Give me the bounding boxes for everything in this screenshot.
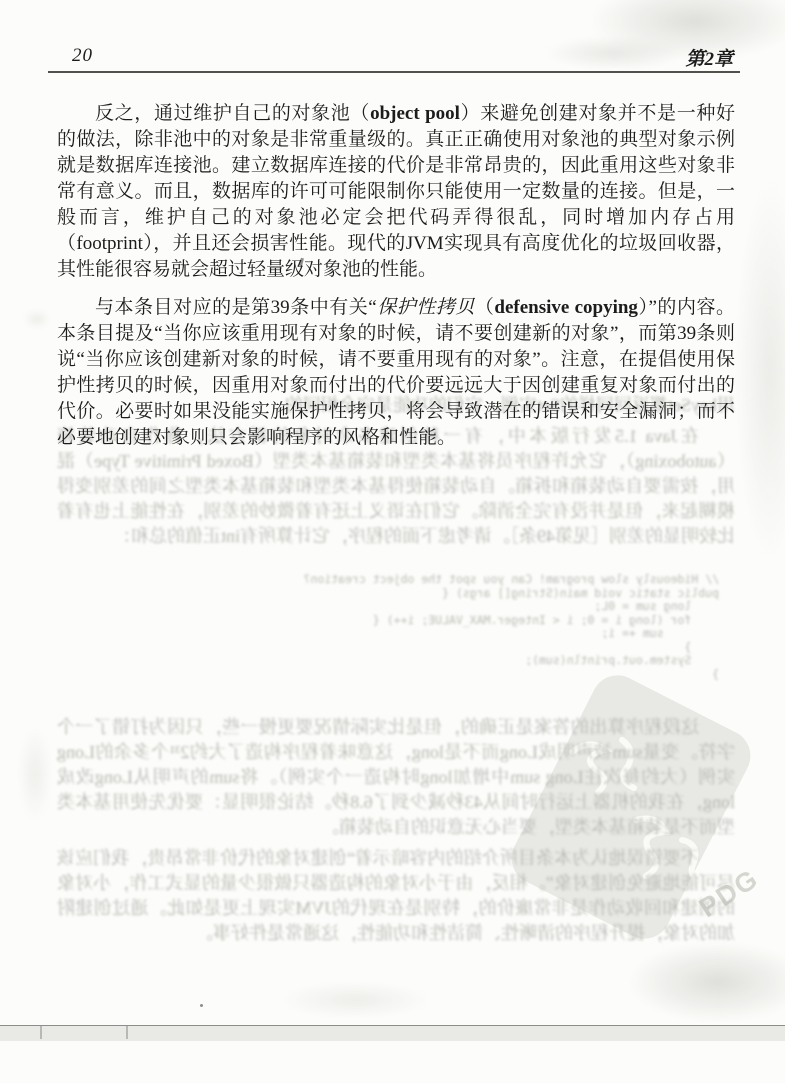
text-segment: ）来避免创建对象并不是一种好的做法，除非池中的对象是非常重量级的。真正正确使用对… xyxy=(57,103,735,280)
text-segment: defensive copying xyxy=(494,297,638,318)
paragraph: 与本条目对应的是第39条中有关“保护性拷贝（defensive copying）… xyxy=(57,295,735,451)
scan-noise xyxy=(735,180,785,560)
bleed-through-text: 用keySet都返回同样的Set实例，它们的功能是完全相同的。在Java 1.5… xyxy=(57,393,735,946)
scan-noise xyxy=(545,36,685,70)
text-segment: 与本条目对应的是第39条中有关“ xyxy=(95,297,377,318)
header-rule xyxy=(48,71,740,73)
scan-edge-tick xyxy=(40,1026,42,1039)
scan-noise xyxy=(628,942,785,1022)
text-segment: （ xyxy=(475,297,495,318)
chapter-title: 第2章 xyxy=(685,44,733,71)
scan-edge-tick xyxy=(126,1026,128,1039)
bleed-code-block: // Hideously slow program! Can you spot … xyxy=(57,573,719,681)
scan-speck xyxy=(200,1004,203,1007)
book-page-scan: 20 第2章 反之，通过维护自己的对象池（object pool）来避免创建对象… xyxy=(0,0,785,1083)
bleed-paragraph: 不要错误地认为本条目所介绍的内容暗示着“创建对象的代价非常昂贵，我们应该尽可能地… xyxy=(57,846,735,946)
bleed-paragraph: 这段程序算出的答案是正确的，但是比实际情况要更慢一些，只因为打错了一个字符。变量… xyxy=(57,715,735,840)
paragraph: 反之，通过维护自己的对象池（object pool）来避免创建对象并不是一种好的… xyxy=(57,101,735,283)
scan-noise xyxy=(280,982,430,1018)
text-segment: object pool xyxy=(370,103,460,124)
scan-edge-band xyxy=(0,1026,785,1041)
text-segment: 保护性拷贝 xyxy=(377,297,475,318)
text-segment: 反之，通过维护自己的对象池（ xyxy=(95,103,370,124)
body-text: 反之，通过维护自己的对象池（object pool）来避免创建对象并不是一种好的… xyxy=(57,101,735,463)
text-segment: ）”的内容。本条目提及“当你应该重用现有对象的时候，请不要创建新的对象”，而第3… xyxy=(57,297,735,448)
scan-noise xyxy=(24,310,50,328)
scan-noise xyxy=(18,726,52,822)
page-number: 20 xyxy=(72,45,93,67)
